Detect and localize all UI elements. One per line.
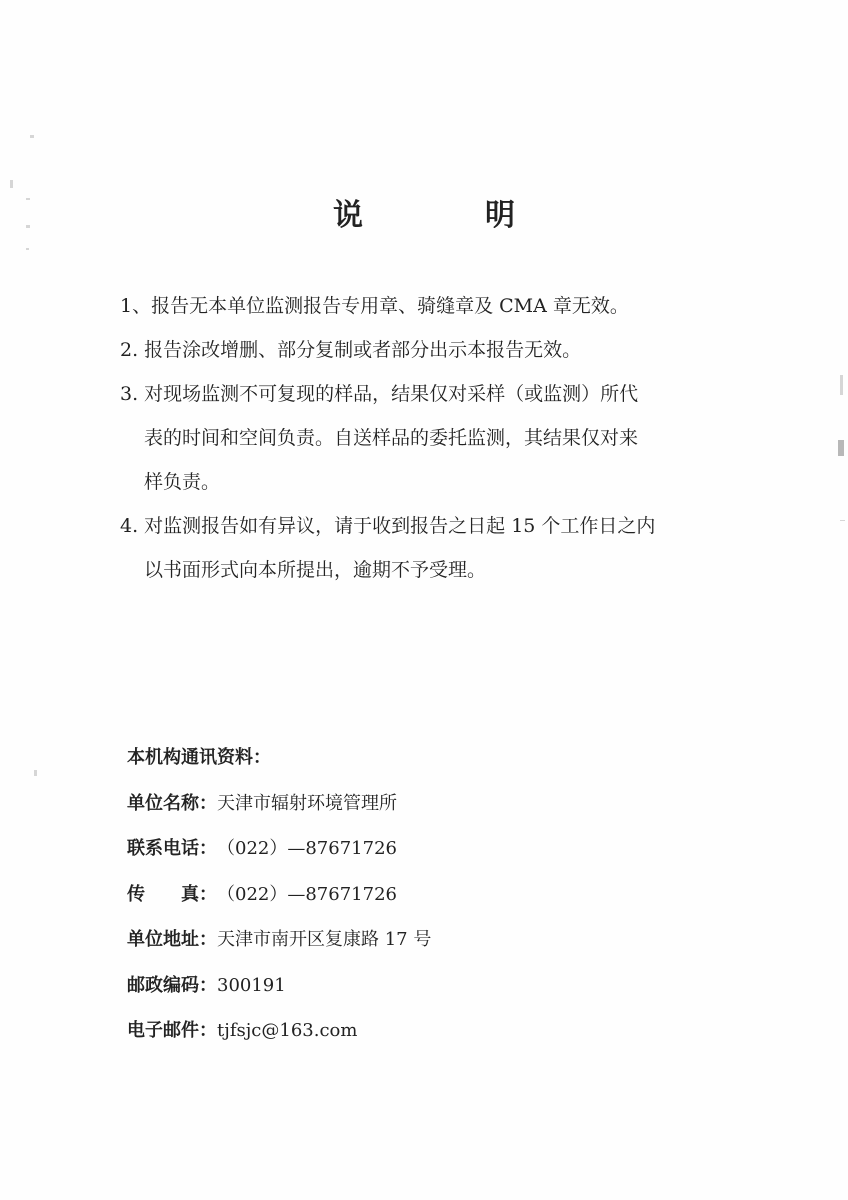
scan-artifact [838, 440, 844, 456]
contact-label: 单位地址： [127, 917, 217, 963]
contact-value: 300191 [217, 975, 286, 996]
scan-artifact [840, 520, 845, 521]
note-item: 2. 报告涂改增删、部分复制或者部分出示本报告无效。 [120, 328, 760, 372]
contact-info: 本机构通讯资料： 单位名称：天津市辐射环境管理所 联系电话：（022）—8767… [127, 735, 431, 1054]
scan-artifact [26, 198, 30, 200]
contact-label: 联系电话： [127, 826, 217, 872]
contact-header: 本机构通讯资料： [127, 735, 431, 781]
note-text: 3. 对现场监测不可复现的样品，结果仅对采样（或监测）所代 [120, 383, 638, 405]
note-text: 4. 对监测报告如有异议，请于收到报告之日起 15 个工作日之内 [120, 515, 655, 537]
note-item: 4. 对监测报告如有异议，请于收到报告之日起 15 个工作日之内 以书面形式向本… [120, 504, 760, 592]
note-text: 1、报告无本单位监测报告专用章、骑缝章及 CMA 章无效。 [120, 295, 629, 317]
scan-artifact [10, 180, 13, 188]
contact-value: 天津市南开区复康路 17 号 [217, 929, 431, 950]
contact-label: 邮政编码： [127, 963, 217, 1009]
contact-label: 传 真： [127, 872, 217, 918]
contact-value: （022）—87671726 [217, 838, 397, 859]
scan-artifact [30, 135, 34, 138]
contact-value: （022）—87671726 [217, 884, 397, 905]
scan-artifact [26, 248, 29, 250]
note-text-continued: 表的时间和空间负责。自送样品的委托监测，其结果仅对来 [120, 416, 760, 460]
contact-row-unit-name: 单位名称：天津市辐射环境管理所 [127, 781, 431, 827]
note-text-continued: 样负责。 [120, 460, 760, 504]
scan-artifact [26, 225, 30, 228]
contact-label: 电子邮件： [127, 1008, 217, 1054]
contact-label: 单位名称： [127, 781, 217, 827]
note-item: 1、报告无本单位监测报告专用章、骑缝章及 CMA 章无效。 [120, 284, 760, 328]
note-text: 2. 报告涂改增删、部分复制或者部分出示本报告无效。 [120, 339, 581, 361]
contact-row-phone: 联系电话：（022）—87671726 [127, 826, 431, 872]
document-title: 说 明 [0, 190, 848, 234]
note-text-continued: 以书面形式向本所提出，逾期不予受理。 [120, 548, 760, 592]
scan-artifact [840, 375, 843, 395]
contact-value: tjfsjc@163.com [217, 1020, 357, 1041]
note-item: 3. 对现场监测不可复现的样品，结果仅对采样（或监测）所代 表的时间和空间负责。… [120, 372, 760, 504]
notes-list: 1、报告无本单位监测报告专用章、骑缝章及 CMA 章无效。 2. 报告涂改增删、… [120, 284, 760, 592]
contact-row-email: 电子邮件：tjfsjc@163.com [127, 1008, 431, 1054]
contact-row-address: 单位地址：天津市南开区复康路 17 号 [127, 917, 431, 963]
contact-row-postcode: 邮政编码：300191 [127, 963, 431, 1009]
scan-artifact [34, 770, 37, 776]
contact-row-fax: 传 真：（022）—87671726 [127, 872, 431, 918]
contact-value: 天津市辐射环境管理所 [217, 793, 397, 814]
